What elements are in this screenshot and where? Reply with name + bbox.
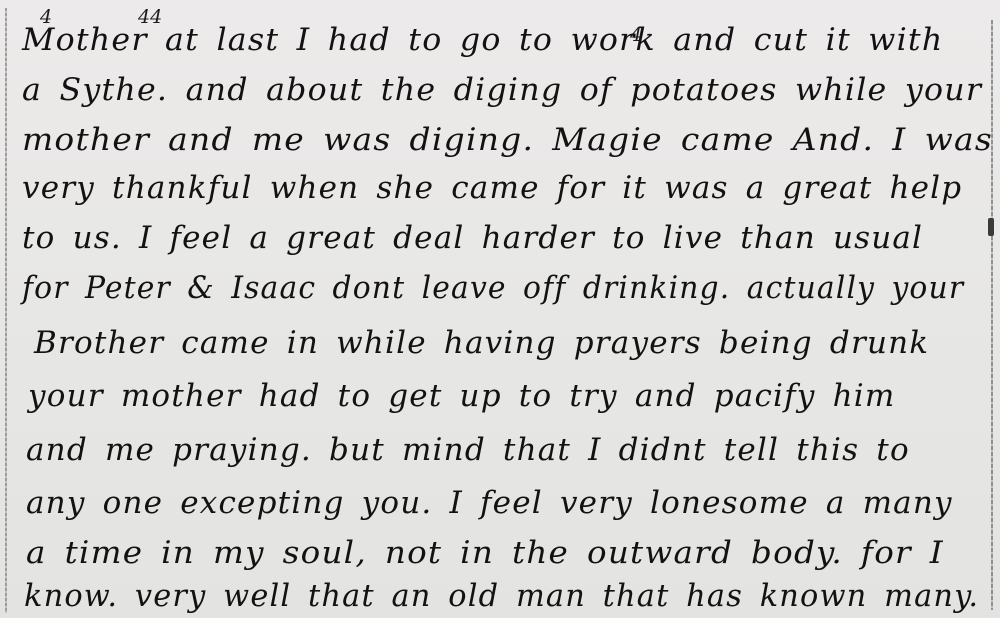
handwritten-line-10: any one excepting you. I feel very lones… [26,485,953,521]
scanned-letter-page: 4 44 4 Mother at last I had to go to wor… [0,0,1000,618]
handwritten-line-4: very thankful when she came for it was a… [22,170,962,206]
page-binding-mark [988,218,994,236]
right-page-edge [991,20,993,610]
handwritten-line-9: and me praying. but mind that I didnt te… [26,432,910,468]
left-page-edge [5,8,7,613]
handwritten-line-5: to us. I feel a great deal harder to liv… [22,220,923,256]
handwritten-line-6: for Peter & Isaac dont leave off drinkin… [22,270,964,306]
handwritten-line-8: your mother had to get up to try and pac… [28,378,895,414]
handwritten-line-7: Brother came in while having prayers bei… [34,325,929,361]
handwritten-line-1: Mother at last I had to go to work and c… [22,22,943,58]
handwritten-line-2: a Sythe. and about the diging of potatoe… [22,72,982,108]
handwritten-line-11: a time in my soul, not in the outward bo… [26,535,944,571]
handwritten-line-3: mother and me was diging. Magie came And… [22,122,993,158]
handwritten-line-12: know. very well that an old man that has… [24,578,979,614]
